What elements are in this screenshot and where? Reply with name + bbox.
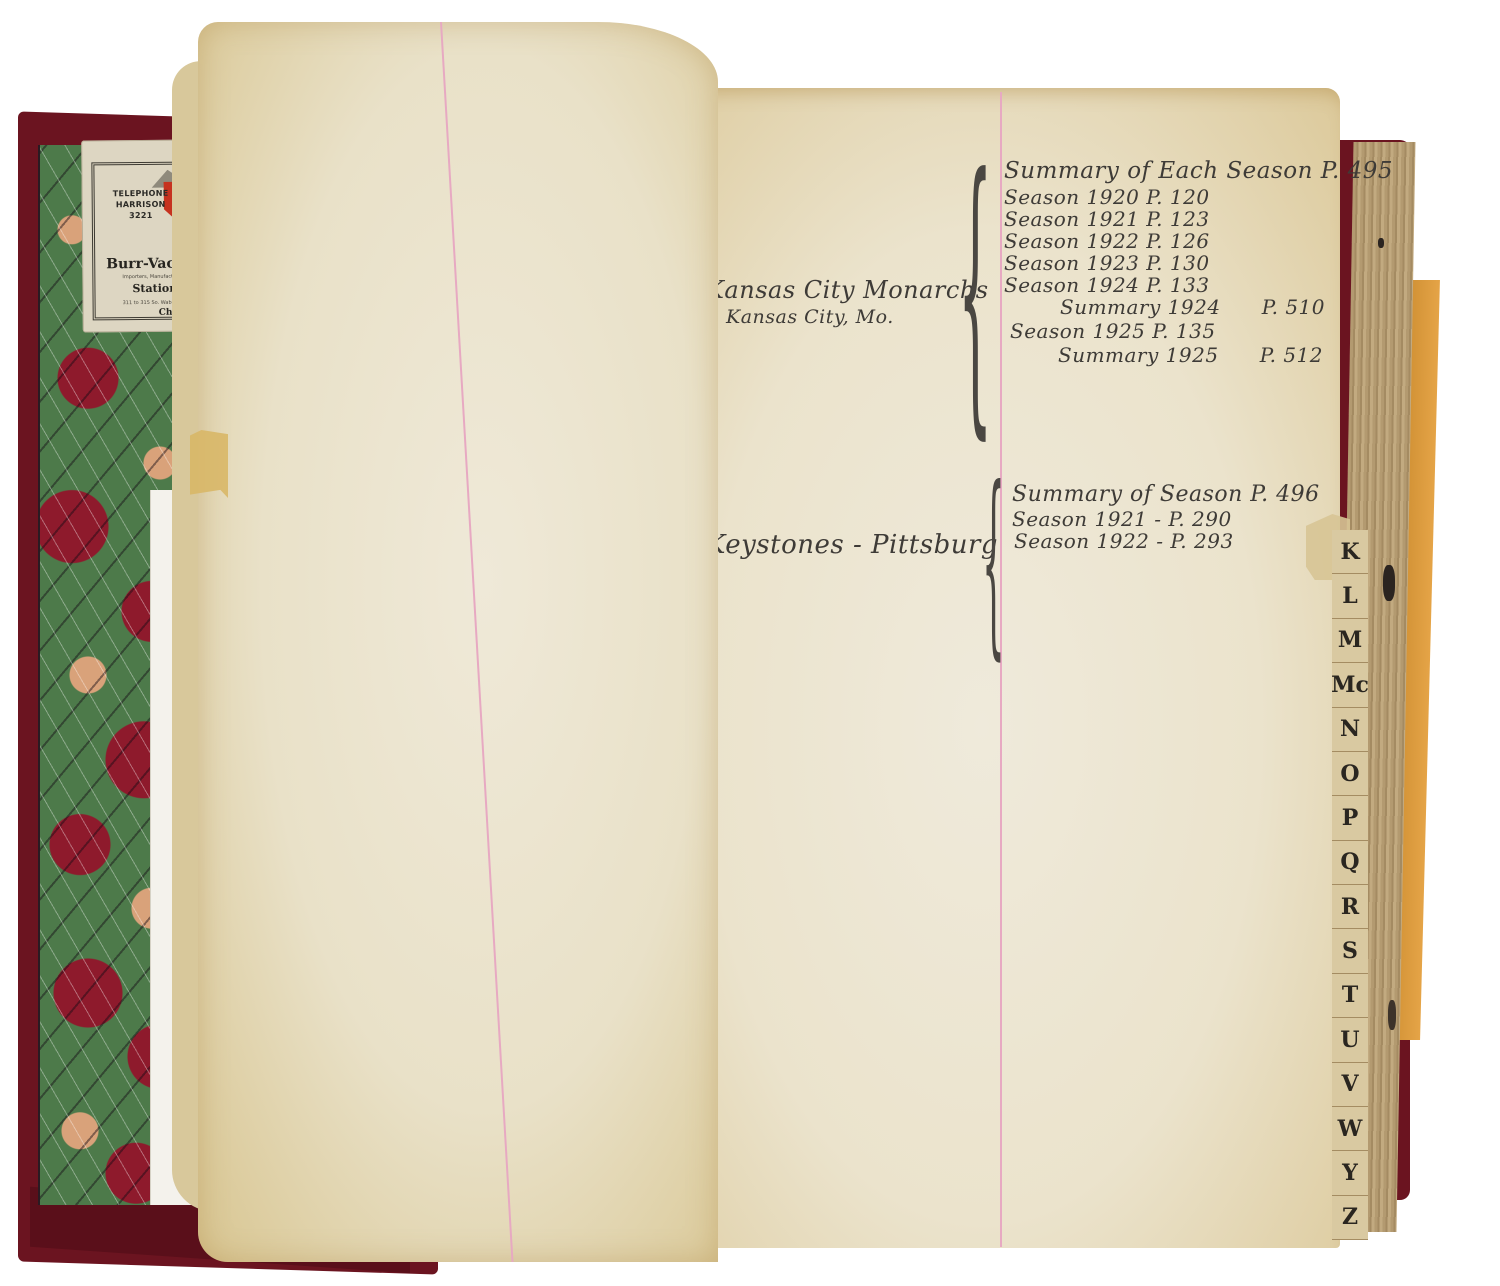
index-tab-o[interactable]: O (1332, 752, 1368, 796)
index-tab-u[interactable]: U (1332, 1018, 1368, 1062)
entry-line: Summary 1925 P. 512 (1058, 344, 1323, 366)
alphabet-index-tabs: K L M Mc N O P Q R S T U V W Y Z (1332, 530, 1368, 1240)
index-tab-m[interactable]: M (1332, 619, 1368, 663)
brace-icon: { (958, 140, 992, 440)
entry-line: Season 1920 P. 120 (1004, 186, 1210, 208)
entry-line: Summary of Each Season P. 495 (1004, 160, 1393, 182)
index-tab-w[interactable]: W (1332, 1107, 1368, 1151)
index-tab-p[interactable]: P (1332, 796, 1368, 840)
index-tab-l[interactable]: L (1332, 574, 1368, 618)
index-tab-y[interactable]: Y (1332, 1151, 1368, 1195)
brace-icon: { (982, 462, 1005, 662)
ink-stain (1378, 238, 1384, 248)
left-page-curled[interactable] (198, 22, 718, 1262)
entry-line: Season 1925 P. 135 (1010, 320, 1216, 342)
index-tab-z[interactable]: Z (1332, 1196, 1368, 1240)
ink-stain (1388, 1000, 1396, 1030)
entry-line: Season 1923 P. 130 (1004, 252, 1210, 274)
index-tab-r[interactable]: R (1332, 885, 1368, 929)
left-page-tab[interactable] (190, 430, 228, 498)
team-name: Kansas City Monarchs (706, 276, 989, 304)
entry-line: Season 1921 P. 123 (1004, 208, 1210, 230)
entry-line: Season 1921 - P. 290 (1012, 508, 1232, 530)
team-location: Kansas City, Mo. (726, 306, 894, 328)
team-name: Keystones - Pittsburg (706, 530, 998, 560)
ink-stain (1383, 565, 1395, 601)
label-telephone-word: TELEPHONE (106, 188, 176, 200)
entry-line: Summary of Season P. 496 (1012, 484, 1320, 506)
index-tab-q[interactable]: Q (1332, 841, 1368, 885)
entry-line: Season 1922 - P. 293 (1014, 530, 1234, 552)
label-exchange: HARRISON (106, 199, 176, 211)
index-tab-t[interactable]: T (1332, 974, 1368, 1018)
index-tab-k[interactable]: K (1332, 530, 1368, 574)
index-tab-v[interactable]: V (1332, 1063, 1368, 1107)
index-tab-n[interactable]: N (1332, 708, 1368, 752)
label-number: 3221 (106, 210, 176, 222)
entry-line: Season 1924 P. 133 (1004, 274, 1210, 296)
entry-line: Season 1922 P. 126 (1004, 230, 1210, 252)
index-tab-mc[interactable]: Mc (1332, 663, 1368, 707)
index-tab-s[interactable]: S (1332, 929, 1368, 973)
label-telephone: TELEPHONE HARRISON 3221 (106, 188, 176, 222)
entry-line: Summary 1924 P. 510 (1060, 296, 1325, 318)
